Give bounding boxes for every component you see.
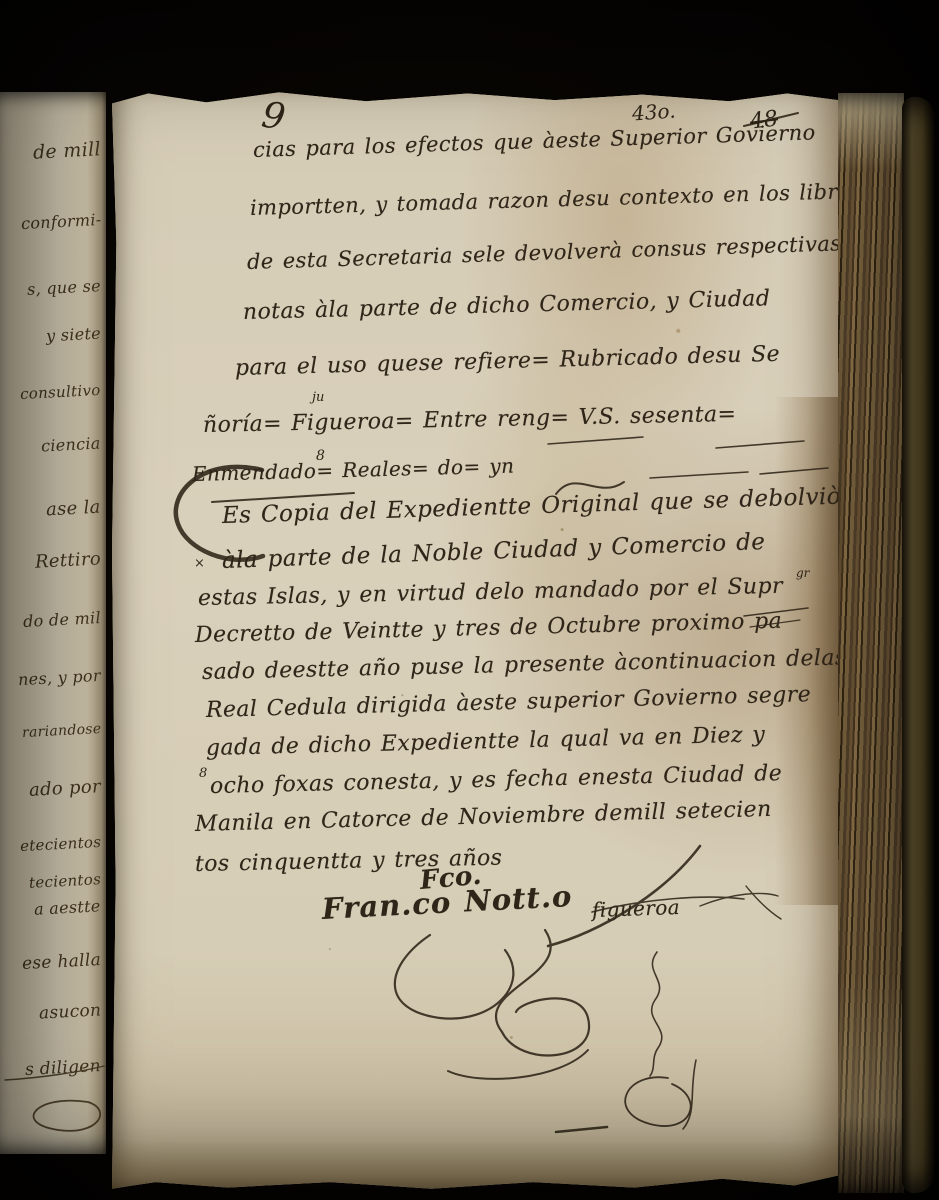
left-page-fragment: ado por [29, 776, 102, 801]
superscript-ju: ju [312, 390, 324, 405]
left-page-fragment: rariandose [21, 721, 101, 741]
left-page-fragment: a aestte [34, 896, 101, 918]
book-fore-edge [838, 93, 904, 1193]
left-page-fragment: y siete [46, 324, 102, 346]
left-page-fragment: do de mil [23, 608, 102, 631]
left-page-fragment: ase la [46, 497, 102, 521]
abbreviation-eight: 8 [199, 766, 207, 781]
left-page-fragment: Rettiro [35, 548, 102, 572]
margin-mark: × [194, 556, 205, 571]
left-page-fragment: asucon [38, 1000, 101, 1023]
left-page-fragment: tecientos [28, 870, 101, 892]
folio-number: 43o. [631, 99, 676, 126]
signature-surname: figueroa [592, 895, 681, 922]
book-cover-edge [902, 97, 935, 1193]
superscript-gr: gr [796, 566, 809, 580]
left-page-fragment: s, que se [27, 276, 102, 299]
left-page-fragment: ciencia [41, 433, 101, 455]
left-page-fragment: conformi- [20, 210, 101, 233]
left-page-fragment: de mill [33, 138, 102, 164]
photo-of-manuscript: de mill conformi- s, que se y siete cons… [0, 0, 939, 1200]
left-page-fragment: s diligen [25, 1056, 102, 1080]
left-page-fragment: nes, y por [18, 666, 102, 689]
left-page: de mill conformi- s, que se y siete cons… [0, 92, 106, 1154]
left-page-fragment: ese halla [21, 950, 101, 974]
abbreviation-eight: 8 [316, 448, 325, 464]
left-page-fragment: etecientos [19, 833, 101, 855]
left-page-fragment: consultivo [20, 381, 101, 403]
